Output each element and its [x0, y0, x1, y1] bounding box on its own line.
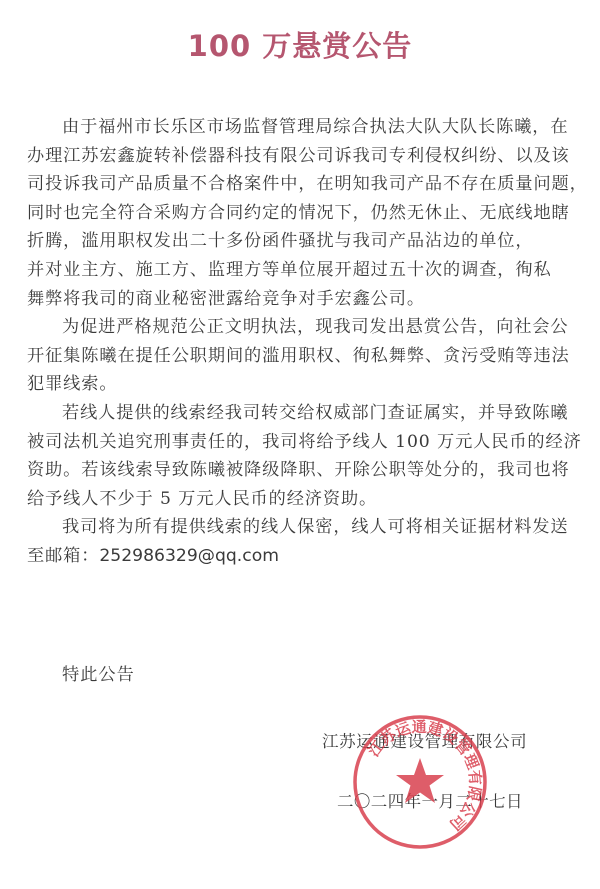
text-line: 司投诉我司产品质量不合格案件中，在明知我司产品不存在质量问题， [27, 170, 579, 199]
text-line: 犯罪线索。 [27, 370, 579, 399]
text-line: 舞弊将我司的商业秘密泄露给竞争对手宏鑫公司。 [27, 285, 579, 314]
text-line: 折腾，滥用职权发出二十多份函件骚扰与我司产品沾边的单位， [27, 227, 579, 256]
signature-company: 江苏运通建设管理有限公司 [322, 728, 527, 752]
text-line: 我司将为所有提供线索的线人保密，线人可将相关证据材料发送 [27, 513, 579, 542]
text-line: 办理江苏宏鑫旋转补偿器科技有限公司诉我司专利侵权纠纷、以及该 [27, 142, 579, 171]
text-line: 由于福州市长乐区市场监督管理局综合执法大队大队长陈曦，在 [27, 113, 579, 142]
paragraph-3: 若线人提供的线索经我司转交给权威部门查证属实，并导致陈曦 被司法机关追究刑事责任… [27, 399, 579, 513]
paragraph-1: 由于福州市长乐区市场监督管理局综合执法大队大队长陈曦，在 办理江苏宏鑫旋转补偿器… [27, 113, 579, 313]
text-line: 给予线人不少于 5 万元人民币的经济资助。 [27, 485, 579, 514]
closing-remark: 特此公告 [62, 660, 135, 685]
signature-date: 二〇二四年一月二十七日 [337, 788, 523, 812]
text-line: 为促进严格规范公正文明执法，现我司发出悬赏公告，向社会公 [27, 313, 579, 342]
text-line: 开征集陈曦在提任公职期间的滥用职权、徇私舞弊、贪污受贿等违法 [27, 342, 579, 371]
paragraph-2: 为促进严格规范公正文明执法，现我司发出悬赏公告，向社会公 开征集陈曦在提任公职期… [27, 313, 579, 399]
document-body: 由于福州市长乐区市场监督管理局综合执法大队大队长陈曦，在 办理江苏宏鑫旋转补偿器… [27, 113, 579, 571]
email-label: 至邮箱： [27, 546, 99, 566]
text-line: 同时也完全符合采购方合同约定的情况下，仍然无休止、无底线地瞎 [27, 199, 579, 228]
text-line: 至邮箱：252986329@qq.com [27, 542, 579, 571]
document-title: 100 万悬赏公告 [0, 24, 600, 65]
paragraph-4: 我司将为所有提供线索的线人保密，线人可将相关证据材料发送 至邮箱：2529863… [27, 513, 579, 570]
text-line: 若线人提供的线索经我司转交给权威部门查证属实，并导致陈曦 [27, 399, 579, 428]
text-line: 并对业主方、施工方、监理方等单位展开超过五十次的调查，徇私 [27, 256, 579, 285]
contact-email: 252986329@qq.com [99, 546, 279, 566]
text-line: 资助。若该线索导致陈曦被降级降职、开除公职等处分的，我司也将 [27, 456, 579, 485]
text-line: 被司法机关追究刑事责任的，我司将给予线人 100 万元人民币的经济 [27, 428, 579, 457]
